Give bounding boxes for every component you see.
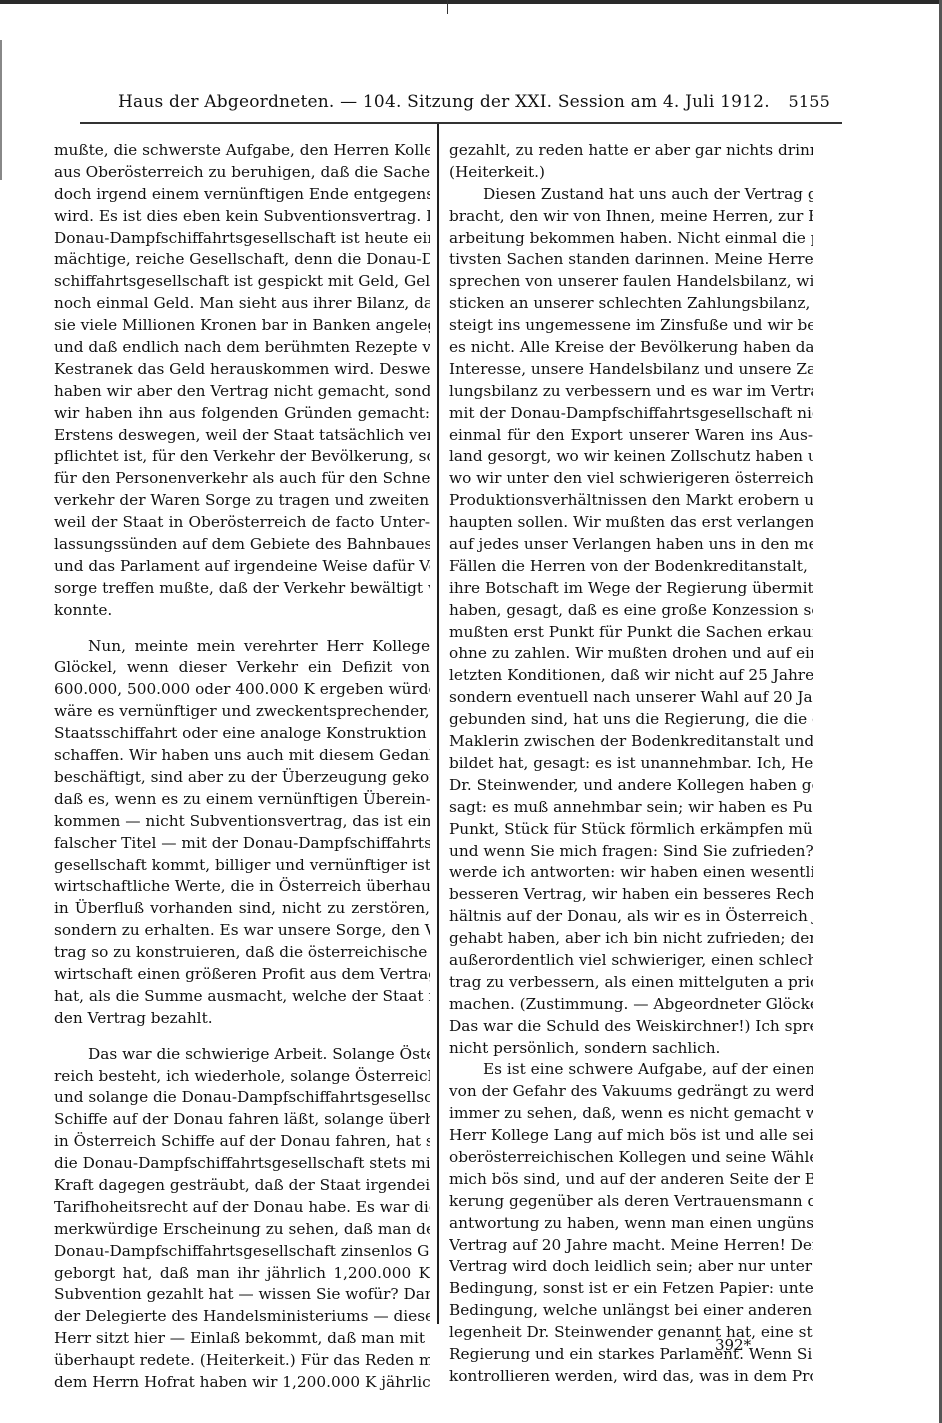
paragraph-gap — [54, 1030, 430, 1044]
text-line: Herr Kollege Lang auf mich bös ist und a… — [449, 1125, 813, 1147]
text-line: nicht persönlich, sondern sachlich. — [449, 1038, 813, 1060]
text-line: für den Personenverkehr als auch für den… — [54, 468, 430, 490]
text-line: und solange die Donau-Dampfschiffahrtsge… — [54, 1087, 430, 1109]
text-line: Das war die schwierige Arbeit. Solange Ö… — [54, 1044, 430, 1066]
text-line: land gesorgt, wo wir keinen Zollschutz h… — [449, 446, 813, 468]
text-line: sondern zu erhalten. Es war unsere Sorge… — [54, 920, 430, 942]
text-line: einmal für den Export unserer Waren ins … — [449, 425, 813, 447]
text-line: noch einmal Geld. Man sieht aus ihrer Bi… — [54, 293, 430, 315]
text-line: arbeitung bekommen haben. Nicht einmal d… — [449, 228, 813, 250]
text-line: Punkt, Stück für Stück förmlich erkämpfe… — [449, 819, 813, 841]
text-line: sticken an unserer schlechten Zahlungsbi… — [449, 293, 813, 315]
text-line: bildet hat, gesagt: es ist unannehmbar. … — [449, 753, 813, 775]
paragraph: mußte, die schwerste Aufgabe, den Herren… — [54, 140, 430, 622]
text-line: Vertrag auf 20 Jahre macht. Meine Herren… — [449, 1235, 813, 1257]
column-divider — [437, 124, 439, 1324]
text-line: und das Parlament auf irgendeine Weise d… — [54, 556, 430, 578]
text-line: Diesen Zustand hat uns auch der Vertrag … — [449, 184, 813, 206]
text-line: Produktionsverhältnissen den Markt erobe… — [449, 490, 813, 512]
text-line: Interesse, unsere Handelsbilanz und unse… — [449, 359, 813, 381]
text-line: überhaupt redete. (Heiterkeit.) Für das … — [54, 1350, 430, 1372]
text-line: Dr. Steinwender, und andere Kollegen hab… — [449, 775, 813, 797]
text-line: mußten erst Punkt für Punkt die Sachen e… — [449, 622, 813, 644]
text-line: schiffahrtsgesellschaft ist gespickt mit… — [54, 271, 430, 293]
text-line: wäre es vernünftiger und zweckentspreche… — [54, 701, 430, 723]
text-line: Das war die Schuld des Weiskirchner!) Ic… — [449, 1016, 813, 1038]
text-line: mußte, die schwerste Aufgabe, den Herren… — [54, 140, 430, 162]
text-line: lungsbilanz zu verbessern und es war im … — [449, 381, 813, 403]
text-line: tivsten Sachen standen darinnen. Meine H… — [449, 249, 813, 271]
page-number: 5155 — [788, 92, 830, 111]
text-line: gesellschaft kommt, billiger und vernünf… — [54, 855, 430, 877]
text-line: kontrollieren werden, wird das, was in d… — [449, 1366, 813, 1388]
text-line: Maklerin zwischen der Bodenkreditanstalt… — [449, 731, 813, 753]
text-line: kommen — nicht Subventionsvertrag, das i… — [54, 811, 430, 833]
text-line: von der Gefahr des Vakuums gedrängt zu w… — [449, 1081, 813, 1103]
text-line: ohne zu zahlen. Wir mußten drohen und au… — [449, 643, 813, 665]
scan-top-tick — [447, 0, 448, 14]
text-line: in Österreich Schiffe auf der Donau fahr… — [54, 1131, 430, 1153]
text-line: hat, als die Summe ausmacht, welche der … — [54, 986, 430, 1008]
text-line: Vertrag wird doch leidlich sein; aber nu… — [449, 1256, 813, 1278]
text-line: bracht, den wir von Ihnen, meine Herren,… — [449, 206, 813, 228]
text-line: in Überfluß vorhanden sind, nicht zu zer… — [54, 898, 430, 920]
text-line: trag so zu konstruieren, daß die österre… — [54, 942, 430, 964]
scan-left-edge — [0, 40, 2, 180]
text-line: Subvention gezahlt hat — wissen Sie wofü… — [54, 1284, 430, 1306]
text-line: Regierung und ein starkes Parlament. Wen… — [449, 1344, 813, 1366]
running-header-title: Haus der Abgeordneten. — 104. Sitzung de… — [118, 92, 770, 112]
text-line: mächtige, reiche Gesellschaft, denn die … — [54, 249, 430, 271]
text-line: wirtschaftliche Werte, die in Österreich… — [54, 876, 430, 898]
text-line: Schiffe auf der Donau fahren läßt, solan… — [54, 1109, 430, 1131]
text-line: aus Oberösterreich zu beruhigen, daß die… — [54, 162, 430, 184]
text-line: der Delegierte des Handelsministeriums —… — [54, 1306, 430, 1328]
text-line: den Vertrag bezahlt. — [54, 1008, 430, 1030]
text-line: gebunden sind, hat uns die Regierung, di… — [449, 709, 813, 731]
text-line: daß es, wenn es zu einem vernünftigen Üb… — [54, 789, 430, 811]
text-line: außerordentlich viel schwieriger, einen … — [449, 950, 813, 972]
text-line: es nicht. Alle Kreise der Bevölkerung ha… — [449, 337, 813, 359]
text-line: (Heiterkeit.) — [449, 162, 813, 184]
text-line: antwortung zu haben, wenn man einen ungü… — [449, 1213, 813, 1235]
text-line: lassungssünden auf dem Gebiete des Bahnb… — [54, 534, 430, 556]
signature-mark: 392* — [715, 1336, 751, 1354]
text-line: mit der Donau-Dampfschiffahrtsgesellscha… — [449, 403, 813, 425]
text-line: reich besteht, ich wiederhole, solange Ö… — [54, 1066, 430, 1088]
text-line: beschäftigt, sind aber zu der Überzeugun… — [54, 767, 430, 789]
text-line: Bedingung, sonst ist er ein Fetzen Papie… — [449, 1278, 813, 1300]
text-line: und daß endlich nach dem berühmten Rezep… — [54, 337, 430, 359]
text-line: Kestranek das Geld herauskommen wird. De… — [54, 359, 430, 381]
text-line: ihre Botschaft im Wege der Regierung übe… — [449, 578, 813, 600]
paragraph: Nun, meinte mein verehrter Herr KollegeG… — [54, 636, 430, 1030]
text-line: Erstens deswegen, weil der Staat tatsäch… — [54, 425, 430, 447]
text-line: immer zu sehen, daß, wenn es nicht gemac… — [449, 1103, 813, 1125]
text-line: doch irgend einem vernünftigen Ende entg… — [54, 184, 430, 206]
text-line: konnte. — [54, 600, 430, 622]
text-line: haben, gesagt, daß es eine große Konzess… — [449, 600, 813, 622]
text-line: letzten Konditionen, daß wir nicht auf 2… — [449, 665, 813, 687]
text-line: machen. (Zustimmung. — Abgeordneter Glöc… — [449, 994, 813, 1016]
text-line: legenheit Dr. Steinwender genannt hat, e… — [449, 1322, 813, 1344]
text-line: haben wir aber den Vertrag nicht gemacht… — [54, 381, 430, 403]
text-line: die Donau-Dampfschiffahrtsgesellschaft s… — [54, 1153, 430, 1175]
text-line: werde ich antworten: wir haben einen wes… — [449, 862, 813, 884]
text-line: 600.000, 500.000 oder 400.000 K ergeben … — [54, 679, 430, 701]
paragraph: Das war die schwierige Arbeit. Solange Ö… — [54, 1044, 430, 1394]
text-line: Es ist eine schwere Aufgabe, auf der ein… — [449, 1059, 813, 1081]
paragraph-gap — [54, 622, 430, 636]
header-rule — [80, 122, 842, 124]
running-header: Haus der Abgeordneten. — 104. Sitzung de… — [118, 92, 830, 116]
text-line: Bedingung, welche unlängst bei einer and… — [449, 1300, 813, 1322]
text-line: sprechen von unserer faulen Handelsbilan… — [449, 271, 813, 293]
text-line: pflichtet ist, für den Verkehr der Bevöl… — [54, 446, 430, 468]
text-line: gezahlt, zu reden hatte er aber gar nich… — [449, 140, 813, 162]
text-line: gehabt haben, aber ich bin nicht zufried… — [449, 928, 813, 950]
right-column: gezahlt, zu reden hatte er aber gar nich… — [449, 140, 813, 1388]
left-column: mußte, die schwerste Aufgabe, den Herren… — [54, 140, 430, 1394]
text-line: trag zu verbessern, als einen mittelgute… — [449, 972, 813, 994]
text-line: steigt ins ungemessene im Zinsfuße und w… — [449, 315, 813, 337]
text-line: sie viele Millionen Kronen bar in Banken… — [54, 315, 430, 337]
text-line: Tarifhoheitsrecht auf der Donau habe. Es… — [54, 1197, 430, 1219]
scan-top-edge — [0, 0, 942, 4]
text-line: Staatsschiffahrt oder eine analoge Konst… — [54, 723, 430, 745]
text-line: und wenn Sie mich fragen: Sind Sie zufri… — [449, 841, 813, 863]
paragraph: gezahlt, zu reden hatte er aber gar nich… — [449, 140, 813, 184]
text-line: wirtschaft einen größeren Profit aus dem… — [54, 964, 430, 986]
text-line: sagt: es muß annehmbar sein; wir haben e… — [449, 797, 813, 819]
text-line: verkehr der Waren Sorge zu tragen und zw… — [54, 490, 430, 512]
text-line: Herr sitzt hier — Einlaß bekommt, daß ma… — [54, 1328, 430, 1350]
text-line: falscher Titel — mit der Donau-Dampfschi… — [54, 833, 430, 855]
text-line: oberösterreichischen Kollegen und seine … — [449, 1147, 813, 1169]
text-line: wir haben ihn aus folgenden Gründen gema… — [54, 403, 430, 425]
text-line: sorge treffen mußte, daß der Verkehr bew… — [54, 578, 430, 600]
text-line: merkwürdige Erscheinung zu sehen, daß ma… — [54, 1219, 430, 1241]
paragraph: Es ist eine schwere Aufgabe, auf der ein… — [449, 1059, 813, 1387]
text-line: Donau-Dampfschiffahrtsgesellschaft zinse… — [54, 1241, 430, 1263]
paragraph: Diesen Zustand hat uns auch der Vertrag … — [449, 184, 813, 1060]
text-line: mich bös sind, und auf der anderen Seite… — [449, 1169, 813, 1191]
text-line: geborgt hat, daß man ihr jährlich 1,200.… — [54, 1263, 430, 1285]
text-line: Nun, meinte mein verehrter Herr Kollege — [54, 636, 430, 658]
text-line: wo wir unter den viel schwierigeren öste… — [449, 468, 813, 490]
text-line: kerung gegenüber als deren Vertrauensman… — [449, 1191, 813, 1213]
text-line: dem Herrn Hofrat haben wir 1,200.000 K j… — [54, 1372, 430, 1394]
text-line: hältnis auf der Donau, als wir es in Öst… — [449, 906, 813, 928]
text-line: Glöckel, wenn dieser Verkehr ein Defizit… — [54, 657, 430, 679]
text-line: schaffen. Wir haben uns auch mit diesem … — [54, 745, 430, 767]
text-line: weil der Staat in Oberösterreich de fact… — [54, 512, 430, 534]
text-line: Kraft dagegen gesträubt, daß der Staat i… — [54, 1175, 430, 1197]
text-line: besseren Vertrag, wir haben ein besseres… — [449, 884, 813, 906]
text-line: sondern eventuell nach unserer Wahl auf … — [449, 687, 813, 709]
text-line: Fällen die Herren von der Bodenkreditans… — [449, 556, 813, 578]
text-line: Donau-Dampfschiffahrtsgesellschaft ist h… — [54, 228, 430, 250]
text-line: haupten sollen. Wir mußten das erst verl… — [449, 512, 813, 534]
text-line: wird. Es ist dies eben kein Subventionsv… — [54, 206, 430, 228]
text-line: auf jedes unser Verlangen haben uns in d… — [449, 534, 813, 556]
